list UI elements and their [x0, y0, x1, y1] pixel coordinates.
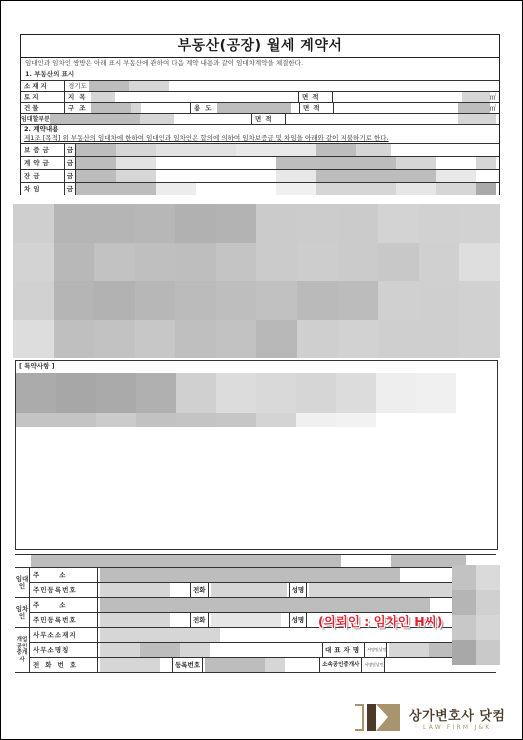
redaction-tile [419, 281, 460, 320]
broker-office-address-label: 사무소소재지 [30, 628, 98, 642]
redaction-tile [376, 373, 416, 413]
payment-row-rent: 차임 금 [21, 182, 499, 195]
lessor-id-row: 주민등록번호 전화 성명 [30, 583, 496, 597]
broker-representative-label: 대표자명 [323, 643, 365, 657]
client-annotation: (의뢰인 : 임차인 H씨) [318, 612, 442, 630]
broker-phone-row: 전화번호 등록번호 소속공인중개사 서명및날인 [30, 658, 496, 672]
area-unit: ㎡ [490, 93, 497, 101]
lessee-address-row: 주소 [30, 598, 496, 613]
redaction-tile [54, 320, 95, 359]
broker-representative-signature: 서명및날인 [365, 643, 387, 657]
redaction-tile [135, 281, 176, 320]
redaction-tile [13, 281, 54, 320]
structure-label: 구조 [68, 104, 91, 112]
lessee-phone-label: 전화 [191, 613, 209, 627]
redaction-tile [476, 590, 500, 615]
broker-address-row: 사무소소재지 [30, 628, 496, 643]
lessee-name-label: 성명 [290, 613, 308, 627]
land-row: 토지 지목 면적 ㎡ [21, 91, 499, 102]
section-contract-heading: 2. 계약내용 [21, 124, 499, 134]
redaction-tile [175, 320, 216, 359]
redaction-tile [419, 243, 460, 282]
payment-label: 보증금 [21, 144, 65, 156]
lessor-address-value [98, 568, 496, 582]
payment-prefix: 금 [65, 144, 76, 156]
redaction-tile [416, 413, 456, 427]
redaction-tile [256, 373, 296, 413]
contract-document: 부동산(공장) 월세 계약서 임대인과 임차인 쌍방은 아래 표시 부동산에 관… [20, 34, 500, 195]
broker-office-address-value [98, 628, 496, 642]
broker-block: 개업공인중개사 사무소소재지 사무소명칭 대표자명 서명및날인 전화번호 등록번… [15, 628, 496, 673]
area-unit: ㎡ [490, 104, 497, 112]
building-area-label: 면적 [300, 103, 334, 113]
document-title: 부동산(공장) 월세 계약서 [21, 35, 499, 58]
redaction-tile [338, 243, 379, 282]
special-terms-box: [ 특약사항 ] [15, 360, 498, 550]
lease-area-value [286, 114, 499, 124]
redaction-tile [56, 413, 96, 427]
redaction-tile [459, 204, 500, 243]
redaction-tile [459, 281, 500, 320]
payment-row-balance: 잔금 금 [21, 169, 499, 182]
redaction-tile [416, 373, 456, 413]
redaction-tile [96, 373, 136, 413]
redaction-tile [176, 413, 216, 427]
lessee-side-label: 임차인 [15, 598, 30, 627]
redaction-tile [297, 204, 338, 243]
redaction-tile [256, 243, 297, 282]
redacted-block [217, 103, 291, 113]
section-property-heading: 1. 부동산의 표시 [21, 69, 499, 80]
redaction-tile [378, 204, 419, 243]
payment-value [76, 157, 499, 169]
redacted-special-terms [16, 373, 456, 427]
redaction-tile [256, 320, 297, 359]
lessor-side-label: 임대인 [15, 568, 30, 597]
law-firm-logo: 상가변호사 닷컴 LAW FIRM J&K [355, 704, 505, 732]
building-use-cell: 용도 [191, 103, 300, 113]
redaction-tile [175, 243, 216, 282]
broker-office-name-label: 사무소명칭 [30, 643, 98, 657]
lease-area-label: 면적 [252, 114, 286, 124]
broker-phone-value [98, 658, 173, 672]
redaction-tile [376, 413, 416, 427]
lessor-id-value [98, 583, 191, 597]
law-firm-subtitle: LAW FIRM J&K [409, 724, 505, 731]
building-row: 건물 구조 용도 면적 ㎡ [21, 102, 499, 113]
redaction-tile [216, 204, 257, 243]
redaction-tile [336, 413, 376, 427]
redaction-tile [135, 243, 176, 282]
payment-value [76, 183, 499, 195]
redaction-tile [13, 243, 54, 282]
redaction-tile [338, 204, 379, 243]
redaction-tile [378, 243, 419, 282]
redaction-tile [452, 640, 476, 665]
redaction-tile [256, 413, 296, 427]
redacted-block [50, 114, 140, 124]
building-structure-cell: 구조 [65, 103, 191, 113]
land-label: 토지 [21, 92, 65, 102]
redaction-tile [378, 320, 419, 359]
redaction-tile [176, 373, 216, 413]
redaction-tile [54, 243, 95, 282]
location-row: 소재지 경기도 [21, 80, 499, 91]
clause-1: 제1조 [목적] 위 부동산의 임대차에 한하여 임대인과 임차인은 합의에 의… [21, 134, 499, 143]
lease-part-label: 임대할부분 [21, 116, 50, 123]
payment-label: 계약금 [21, 157, 65, 169]
lessor-id-label: 주민등록번호 [30, 583, 98, 597]
redacted-block [458, 103, 490, 113]
redaction-tile [96, 413, 136, 427]
broker-agent-signature: 서명및날인 [362, 658, 384, 672]
broker-registration-value [203, 658, 320, 672]
lessee-phone-value [209, 613, 290, 627]
redaction-tile [56, 373, 96, 413]
redaction-tile [256, 281, 297, 320]
redaction-tile [452, 615, 476, 640]
redaction-tile [16, 413, 56, 427]
redaction-tile [135, 320, 176, 359]
redacted-block [89, 81, 129, 91]
redaction-tile [336, 373, 376, 413]
redaction-tile [13, 204, 54, 243]
lessor-phone-value [209, 583, 290, 597]
redaction-tile [94, 204, 135, 243]
redaction-tile [476, 640, 500, 665]
redaction-tile [297, 320, 338, 359]
lessee-address-label: 주소 [30, 598, 98, 612]
jk-logo-icon [355, 704, 403, 732]
intro-text: 임대인과 임차인 쌍방은 아래 표시 부동산에 관하여 다음 계약 내용과 같이… [21, 58, 499, 69]
redaction-tile [216, 281, 257, 320]
land-area-value: ㎡ [333, 92, 499, 102]
land-category-cell: 지목 [65, 92, 299, 102]
lessee-id-label: 주민등록번호 [30, 613, 98, 627]
lessor-block: 임대인 주소 주민등록번호 전화 성명 [15, 568, 496, 598]
redaction-tile [419, 204, 460, 243]
redaction-tile [175, 204, 216, 243]
redaction-tile [175, 281, 216, 320]
payment-prefix: 금 [65, 170, 76, 182]
law-firm-name: 상가변호사 닷컴 [409, 705, 505, 724]
special-terms-label: [ 특약사항 ] [16, 361, 497, 370]
redaction-tile [338, 320, 379, 359]
lessee-id-value [98, 613, 191, 627]
land-category-label: 지목 [68, 93, 91, 101]
lessor-address-row: 주소 [30, 568, 496, 583]
lease-part-row: 임대할부분 면적 [21, 113, 499, 124]
redaction-tile [216, 373, 256, 413]
redaction-tile [54, 281, 95, 320]
redaction-tile [94, 320, 135, 359]
redaction-tile [459, 320, 500, 359]
redaction-tile [459, 243, 500, 282]
building-area-value: ㎡ [334, 103, 499, 113]
redacted-signature-blocks [452, 565, 500, 665]
broker-agent-label: 소속공인중개사 [320, 658, 362, 672]
building-label: 건물 [21, 103, 65, 113]
redaction-tile [216, 243, 257, 282]
redaction-tile [94, 243, 135, 282]
redaction-tile [297, 243, 338, 282]
redaction-tile [256, 204, 297, 243]
broker-side-label: 개업공인중개사 [15, 628, 30, 672]
redacted-terms-mosaic [13, 204, 500, 358]
payment-value [76, 144, 499, 156]
lessor-name-label: 성명 [290, 583, 308, 597]
payment-row-down: 계약금 금 [21, 156, 499, 169]
redaction-tile [296, 413, 336, 427]
lessee-address-value [98, 598, 496, 612]
redaction-tile [419, 320, 460, 359]
lessor-phone-label: 전화 [191, 583, 209, 597]
redaction-tile [338, 281, 379, 320]
location-value: 경기도 [65, 81, 499, 91]
use-label: 용도 [194, 104, 217, 112]
redaction-tile [216, 413, 256, 427]
broker-registration-label: 등록번호 [173, 658, 203, 672]
broker-phone-label: 전화번호 [30, 658, 98, 672]
redaction-tile [16, 373, 56, 413]
location-province: 경기도 [68, 82, 87, 90]
redaction-tile [378, 281, 419, 320]
redaction-tile [296, 373, 336, 413]
redacted-block [129, 81, 169, 91]
redaction-tile [136, 373, 176, 413]
payment-row-deposit: 보증금 금 [21, 143, 499, 156]
redaction-tile [452, 565, 476, 590]
redaction-tile [297, 281, 338, 320]
redacted-date-row [15, 555, 496, 568]
redaction-tile [452, 590, 476, 615]
payment-label: 잔금 [21, 170, 65, 182]
broker-name-row: 사무소명칭 대표자명 서명및날인 [30, 643, 496, 658]
broker-office-name-value [98, 643, 323, 657]
payment-value [76, 170, 499, 182]
redaction-tile [54, 204, 95, 243]
redaction-tile [135, 204, 176, 243]
land-area-label: 면적 [299, 92, 333, 102]
payment-label: 차임 [21, 183, 65, 195]
redacted-block [458, 114, 496, 124]
redacted-block [91, 103, 131, 113]
redaction-tile [13, 320, 54, 359]
redacted-block [131, 103, 141, 113]
redaction-tile [476, 615, 500, 640]
redacted-block [462, 92, 490, 102]
redacted-block [140, 114, 174, 124]
location-label: 소재지 [21, 81, 65, 91]
lessor-address-label: 주소 [30, 568, 98, 582]
payment-prefix: 금 [65, 183, 76, 195]
redaction-tile [476, 565, 500, 590]
redaction-tile [216, 320, 257, 359]
redaction-tile [136, 413, 176, 427]
redaction-tile [94, 281, 135, 320]
lease-part-cell: 임대할부분 [21, 114, 252, 124]
payment-prefix: 금 [65, 157, 76, 169]
redacted-block [91, 92, 115, 102]
